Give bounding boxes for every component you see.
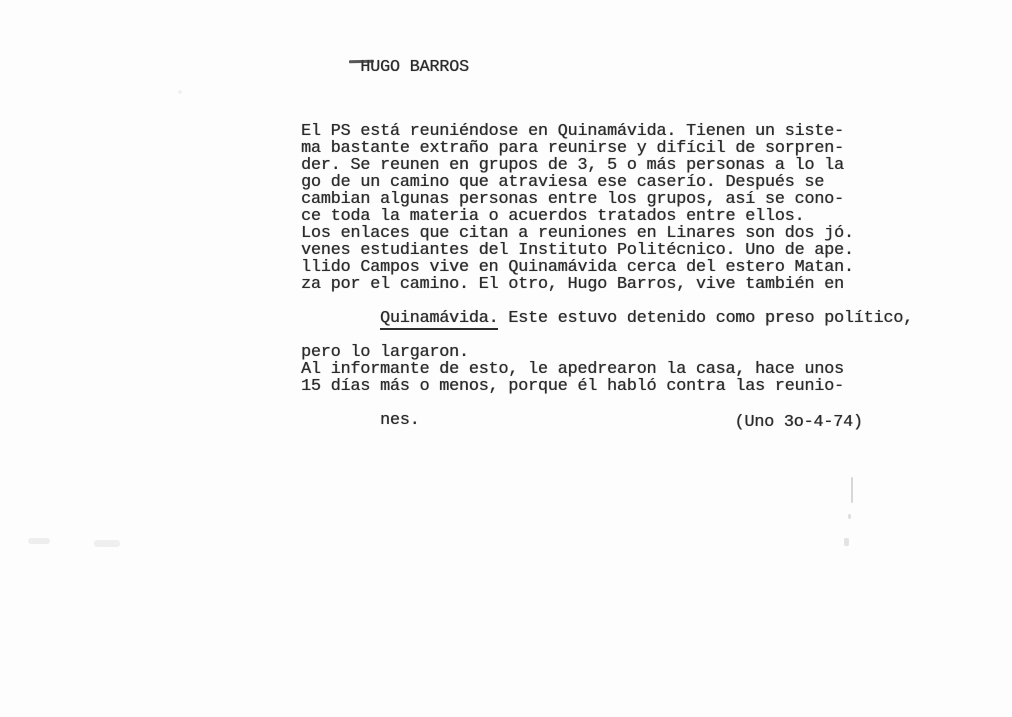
text-line: venes estudiantes del Instituto Politécn…	[301, 242, 901, 259]
scan-artifact	[851, 477, 853, 503]
text-line: 15 días más o menos, porque él habló con…	[301, 378, 901, 395]
scan-artifact	[94, 540, 120, 547]
text-line: der. Se reunen en grupos de 3, 5 o más p…	[301, 157, 901, 174]
scan-artifact	[848, 514, 851, 519]
text-line: llido Campos vive en Quinamávida cerca d…	[301, 259, 901, 276]
text-line: El PS está reuniéndose en Quinamávida. T…	[301, 123, 901, 140]
text-line: pero lo largaron.	[301, 344, 901, 361]
text-line: nes.	[380, 411, 419, 430]
text-line: ma bastante extraño para reunirse y difí…	[301, 140, 901, 157]
text-line: Los enlaces que citan a reuniones en Lin…	[301, 225, 901, 242]
scan-artifact	[178, 90, 182, 94]
text-line: Al informante de esto, le apedrearon la …	[301, 361, 901, 378]
text-line-with-citation: nes.(Uno 3o-4-74)	[301, 395, 901, 446]
heading-text: HUGO BARROS	[360, 58, 469, 77]
document-body: El PS está reuniéndose en Quinamávida. T…	[301, 123, 901, 446]
text-line-underlined-word: Quinamávida. Este estuvo detenido como p…	[301, 293, 901, 344]
text-line: go de un camino que atraviesa ese caserí…	[301, 174, 901, 191]
underlined-place-name: Quinamávida.	[380, 309, 498, 330]
scan-artifact	[28, 538, 50, 544]
text-line: za por el camino. El otro, Hugo Barros, …	[301, 276, 901, 293]
typewritten-text-block: HUGO BARROS El PS está reuniéndose en Qu…	[301, 42, 901, 446]
scan-artifact	[844, 538, 849, 546]
document-heading: HUGO BARROS	[301, 42, 901, 110]
text-line: cambian algunas personas entre los grupo…	[301, 191, 901, 208]
scanned-page: HUGO BARROS El PS está reuniéndose en Qu…	[0, 0, 1012, 717]
text-line: Este estuvo detenido como preso político…	[498, 309, 913, 328]
source-citation: (Uno 3o-4-74)	[734, 414, 862, 431]
text-line: ce toda la materia o acuerdos tratados e…	[301, 208, 901, 225]
